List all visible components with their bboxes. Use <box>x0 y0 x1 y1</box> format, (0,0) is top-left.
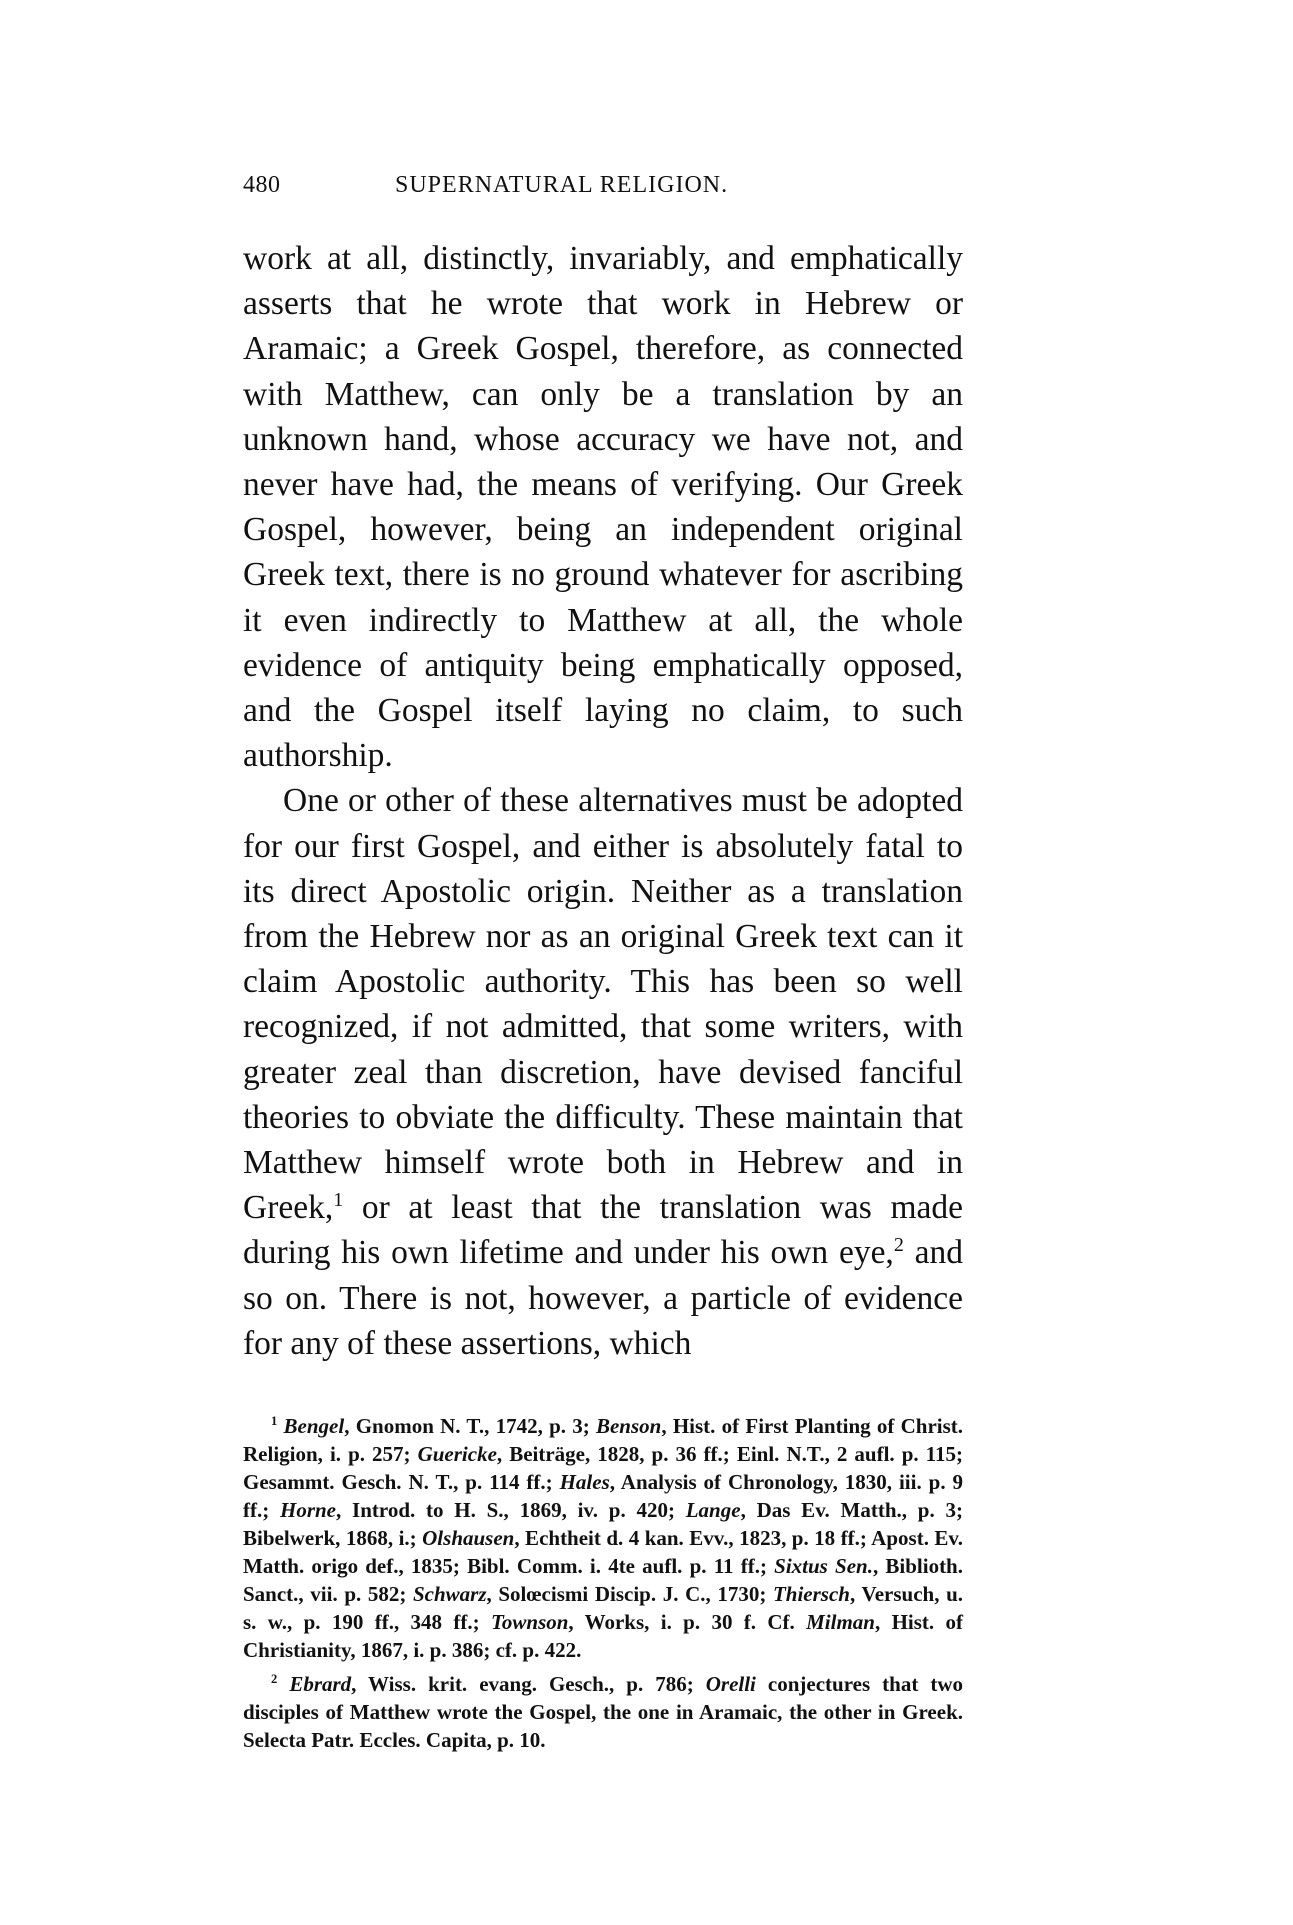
citation-text: , Wiss. krit. evang. Gesch., p. 786; <box>351 1672 706 1696</box>
footnotes: 1 Bengel, Gnomon N. T., 1742, p. 3; Bens… <box>243 1412 963 1760</box>
cited-author: Benson <box>596 1414 661 1438</box>
page-number: 480 <box>243 172 281 199</box>
cited-author: Sixtus Sen. <box>774 1554 873 1578</box>
main-text: work at all, distinctly, invariably, and… <box>243 236 963 1366</box>
running-head: 480 SUPERNATURAL RELIGION. <box>243 172 963 202</box>
footnote-1: 1 Bengel, Gnomon N. T., 1742, p. 3; Bens… <box>243 1412 963 1664</box>
footnote-body: Ebrard, Wiss. krit. evang. Gesch., p. 78… <box>243 1672 963 1752</box>
footnote-marker: 1 <box>271 1414 277 1428</box>
cited-author: Townson <box>491 1610 568 1634</box>
running-title: SUPERNATURAL RELIGION. <box>395 172 728 199</box>
cited-author: Milman <box>806 1610 875 1634</box>
cited-author: Ebrard <box>289 1672 351 1696</box>
cited-author: Olshausen <box>422 1526 514 1550</box>
footnote-marker: 2 <box>271 1672 277 1686</box>
footnote-ref-1[interactable]: 1 <box>333 1189 343 1211</box>
footnote-2: 2 Ebrard, Wiss. krit. evang. Gesch., p. … <box>243 1670 963 1754</box>
cited-author: Horne <box>280 1498 336 1522</box>
cited-author: Orelli <box>706 1672 756 1696</box>
cited-author: Hales <box>560 1470 610 1494</box>
cited-author: Lange <box>686 1498 741 1522</box>
citation-text: , Works, i. p. 30 f. Cf. <box>568 1610 806 1634</box>
cited-author: Schwarz <box>413 1582 487 1606</box>
citation-text: , Introd. to H. S., 1869, iv. p. 420; <box>336 1498 686 1522</box>
cited-author: Bengel <box>284 1414 345 1438</box>
paragraph-text: or at least that the translation was mad… <box>243 1189 963 1271</box>
footnote-body: Bengel, Gnomon N. T., 1742, p. 3; Benson… <box>243 1414 963 1662</box>
cited-author: Guericke <box>418 1442 497 1466</box>
paragraph-text: One or other of these alternatives must … <box>243 782 963 1226</box>
paragraph-alternatives: One or other of these alternatives must … <box>243 778 963 1366</box>
footnote-ref-2[interactable]: 2 <box>894 1234 904 1256</box>
citation-text: , Solœcismi Discip. J. C., 1730; <box>487 1582 773 1606</box>
cited-author: Thiersch <box>773 1582 850 1606</box>
citation-text: , Gnomon N. T., 1742, p. 3; <box>344 1414 596 1438</box>
paragraph-continuation: work at all, distinctly, invariably, and… <box>243 236 963 778</box>
